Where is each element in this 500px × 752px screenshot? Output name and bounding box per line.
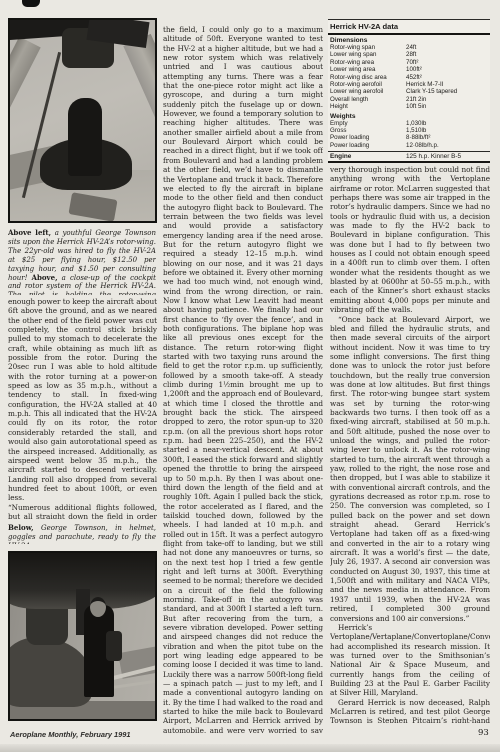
row-label: Height [330, 103, 406, 110]
table-section-dimensions: Dimensions [328, 35, 490, 44]
table-row: Lower wing area 100ft² [328, 66, 490, 73]
row-value: 28ft [406, 51, 490, 58]
caption1-lead2: Above, [32, 273, 58, 282]
row-value: 21ft 2in [406, 96, 490, 103]
table-row: Power loading 12·08lb/h.p. [328, 142, 490, 149]
right-paragraph-3: Herrick’s Vertoplane/Vertaplane/Converto… [330, 623, 490, 698]
row-label: Power loading [330, 142, 406, 149]
row-label: Overall length [330, 96, 406, 103]
caption1-lead: Above left, [8, 229, 51, 237]
table-row: Rotor-wing aerofoil Herrick M-7-II [328, 81, 490, 88]
row-value: 70ft² [406, 59, 490, 66]
left-paragraph-1: enough power to keep the aircraft about … [8, 297, 157, 503]
table-row: Height 10ft 5in [328, 103, 490, 110]
magazine-footer: Aeroplane Monthly, February 1991 [10, 730, 130, 739]
caption-photo2: Below, George Townson, in helmet, goggle… [8, 524, 156, 544]
row-value: Clark Y-15 tapered [406, 88, 490, 95]
row-value: Herrick M-7-II [406, 81, 490, 88]
right-paragraph-4: Gerard Herrick is now deceased, Ralph Mc… [330, 698, 490, 723]
row-label: Lower wing span [330, 51, 406, 58]
row-value: 452ft² [406, 74, 490, 81]
table-row: Rotor-wing span 24ft [328, 44, 490, 51]
row-label: Lower wing aerofoil [330, 88, 406, 95]
photo-pilot-ready-to-fly [8, 551, 157, 721]
left-column-text: enough power to keep the aircraft about … [8, 297, 157, 519]
data-table-herrick-hv2a: Herrick HV-2A data Dimensions Rotor-wing… [328, 19, 490, 161]
table-row: Rotor-wing disc area 452ft² [328, 74, 490, 81]
row-value: 1,030lb [406, 120, 490, 127]
row-label: Rotor-wing disc area [330, 74, 406, 81]
right-paragraph-2: “Once back at Boulevard Airport, we bled… [330, 315, 490, 623]
row-label: Rotor-wing aerofoil [330, 81, 406, 88]
scan-mark [22, 0, 40, 7]
row-value: 10ft 5in [406, 103, 490, 110]
photo2-parachute-pack [106, 631, 122, 661]
table-bottom-rule [328, 161, 490, 163]
row-label: Rotor-wing area [330, 59, 406, 66]
middle-paragraph: the field, I could only go to a maximum … [163, 25, 323, 733]
table-row-engine: Engine 125 h.p. Kinner B-5 [328, 152, 490, 161]
table-title: Herrick HV-2A data [328, 20, 490, 33]
photo2-pilot-helmet [90, 597, 106, 617]
row-value: 125 h.p. Kinner B-5 [406, 152, 490, 161]
photo-cockpit-rotor-closeup [8, 18, 157, 223]
row-label: Gross [330, 127, 406, 134]
row-value: 100ft² [406, 66, 490, 73]
table-row: Gross 1,510lb [328, 127, 490, 134]
table-row: Empty 1,030lb [328, 120, 490, 127]
row-value: 24ft [406, 44, 490, 51]
caption2-lead: Below, [8, 524, 34, 532]
photo1-pilot-silhouette [68, 98, 102, 176]
table-row: Lower wing aerofoil Clark Y-15 tapered [328, 88, 490, 95]
middle-column-text: the field, I could only go to a maximum … [163, 25, 323, 733]
table-row: Lower wing span 28ft [328, 51, 490, 58]
row-label: Lower wing area [330, 66, 406, 73]
table-row: Power loading 8·88lb/ft² [328, 134, 490, 141]
right-column-text: very thorough inspection but could not f… [330, 165, 490, 723]
row-value: 12·08lb/h.p. [406, 142, 490, 149]
page-bottom-edge [0, 744, 500, 752]
row-value: 8·88lb/ft² [406, 134, 490, 141]
row-label: Rotor-wing span [330, 44, 406, 51]
paragraph4-text: Gerard Herrick is now deceased, Ralph Mc… [330, 698, 490, 723]
row-value: 1,510lb [406, 127, 490, 134]
right-paragraph-1: very thorough inspection but could not f… [330, 165, 490, 315]
row-label: Empty [330, 120, 406, 127]
table-row: Overall length 21ft 2in [328, 96, 490, 103]
left-paragraph-2: “Numerous additional flights followed, b… [8, 503, 157, 519]
caption-photo1: Above left, a youthful George Townson si… [8, 229, 156, 295]
row-label: Power loading [330, 134, 406, 141]
table-section-weights: Weights [328, 111, 490, 120]
row-label: Engine [330, 152, 406, 161]
table-row: Rotor-wing area 70ft² [328, 59, 490, 66]
page-number: 93 [478, 728, 489, 738]
